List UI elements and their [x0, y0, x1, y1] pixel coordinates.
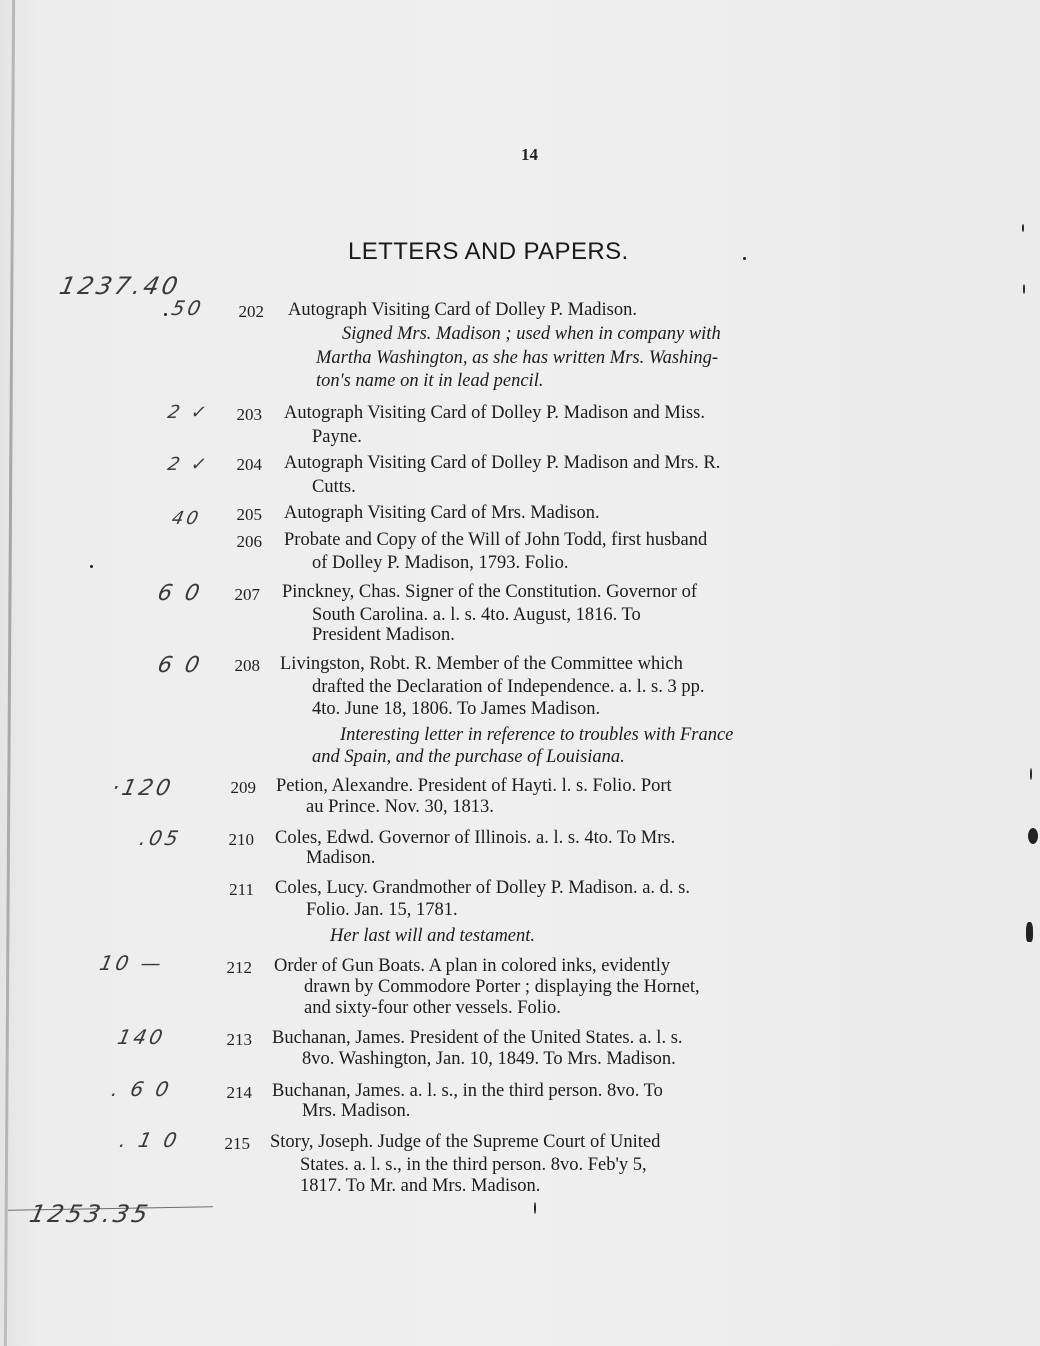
entry-line: and sixty-four other vessels. Folio.: [304, 998, 561, 1019]
entry-line: Folio. Jan. 15, 1781.: [306, 900, 458, 921]
handwritten-price: .05: [137, 826, 183, 850]
scan-speck: [1026, 922, 1033, 942]
handwritten-price: 2 ✓: [166, 402, 212, 423]
scan-speck: [743, 257, 746, 260]
scanned-page: 14 LETTERS AND PAPERS. 1237.40 50 202 Au…: [0, 0, 1040, 1346]
entry-line: drafted the Declaration of Independence.…: [312, 677, 704, 698]
lot-number: 213: [212, 1030, 252, 1050]
entry-note: and Spain, and the purchase of Louisiana…: [312, 747, 625, 768]
scan-speck: [1030, 768, 1032, 780]
lot-number: 210: [214, 830, 254, 850]
scan-speck: [1028, 828, 1038, 844]
lot-number: 214: [212, 1083, 252, 1103]
entry-line: South Carolina. a. l. s. 4to. August, 18…: [312, 605, 641, 626]
entry-line: States. a. l. s., in the third person. 8…: [300, 1155, 647, 1176]
handwritten-price: 50: [169, 296, 206, 320]
entry-line: Buchanan, James. a. l. s., in the third …: [272, 1081, 663, 1102]
lot-number: 206: [222, 532, 262, 552]
entry-line: drawn by Commodore Porter ; displaying t…: [304, 977, 700, 998]
entry-line: 4to. June 18, 1806. To James Madison.: [312, 699, 600, 720]
lot-number: 205: [222, 505, 262, 525]
entry-line: Buchanan, James. President of the United…: [272, 1028, 683, 1049]
scan-speck: [1022, 224, 1024, 232]
entry-line: Petion, Alexandre. President of Hayti. l…: [276, 776, 672, 797]
entry-line: Autograph Visiting Card of Dolley P. Mad…: [284, 453, 720, 474]
page-title: LETTERS AND PAPERS.: [348, 238, 629, 266]
lot-number: 208: [220, 656, 260, 676]
entry-line: President Madison.: [312, 625, 455, 646]
handwritten-price: 10 —: [97, 951, 166, 975]
entry-note: Interesting letter in reference to troub…: [340, 725, 733, 746]
handwritten-price: 6 0: [155, 653, 204, 678]
entry-line: au Prince. Nov. 30, 1813.: [306, 797, 494, 818]
handwritten-price: . 1 0: [117, 1128, 182, 1152]
entry-line: Mrs. Madison.: [302, 1101, 410, 1122]
entry-line: Story, Joseph. Judge of the Supreme Cour…: [270, 1132, 660, 1153]
entry-line: Cutts.: [312, 477, 356, 498]
entry-line: 8vo. Washington, Jan. 10, 1849. To Mrs. …: [302, 1049, 676, 1070]
entry-line: Livingston, Robt. R. Member of the Commi…: [280, 654, 683, 675]
entry-line: Coles, Edwd. Governor of Illinois. a. l.…: [275, 828, 675, 849]
handwritten-price: 6 0: [155, 581, 204, 606]
handwritten-price: 2 ✓: [166, 454, 212, 475]
handwritten-price: 40: [170, 508, 203, 529]
handwritten-price: . 6 0: [109, 1077, 174, 1101]
handwritten-price: 140: [115, 1025, 167, 1049]
entry-line: of Dolley P. Madison, 1793. Folio.: [312, 553, 568, 574]
entry-line: Autograph Visiting Card of Mrs. Madison.: [284, 503, 600, 524]
lot-number: 211: [214, 880, 254, 900]
lot-number: 203: [222, 405, 262, 425]
scan-speck: [90, 565, 93, 568]
lot-number: 212: [212, 958, 252, 978]
page-number: 14: [521, 145, 538, 165]
entry-line: Probate and Copy of the Will of John Tod…: [284, 530, 707, 551]
lot-number: 204: [222, 455, 262, 475]
handwritten-bottom-total: 1253.35: [27, 1200, 153, 1228]
lot-number: 215: [210, 1134, 250, 1154]
page-edge-shadow: [4, 0, 15, 1346]
handwritten-price: ·120: [109, 776, 175, 801]
lot-number: 202: [224, 302, 264, 322]
entry-line: 1817. To Mr. and Mrs. Madison.: [300, 1176, 540, 1197]
entry-note: Signed Mrs. Madison ; used when in compa…: [342, 324, 721, 345]
entry-line: Autograph Visiting Card of Dolley P. Mad…: [288, 300, 637, 321]
entry-note: Her last will and testament.: [330, 926, 535, 947]
entry-note: ton's name on it in lead pencil.: [316, 371, 543, 392]
entry-line: Madison.: [306, 848, 375, 869]
entry-line: Coles, Lucy. Grandmother of Dolley P. Ma…: [275, 878, 690, 899]
scan-speck: [164, 313, 167, 316]
scan-speck: [1023, 284, 1025, 294]
entry-line: Autograph Visiting Card of Dolley P. Mad…: [284, 403, 705, 424]
entry-line: Payne.: [312, 427, 362, 448]
entry-line: Order of Gun Boats. A plan in colored in…: [274, 956, 670, 977]
lot-number: 209: [216, 778, 256, 798]
handwritten-top-total: 1237.40: [57, 272, 183, 300]
entry-note: Martha Washington, as she has written Mr…: [316, 348, 718, 369]
scan-speck: [534, 1202, 536, 1214]
lot-number: 207: [220, 585, 260, 605]
entry-line: Pinckney, Chas. Signer of the Constituti…: [282, 582, 697, 603]
